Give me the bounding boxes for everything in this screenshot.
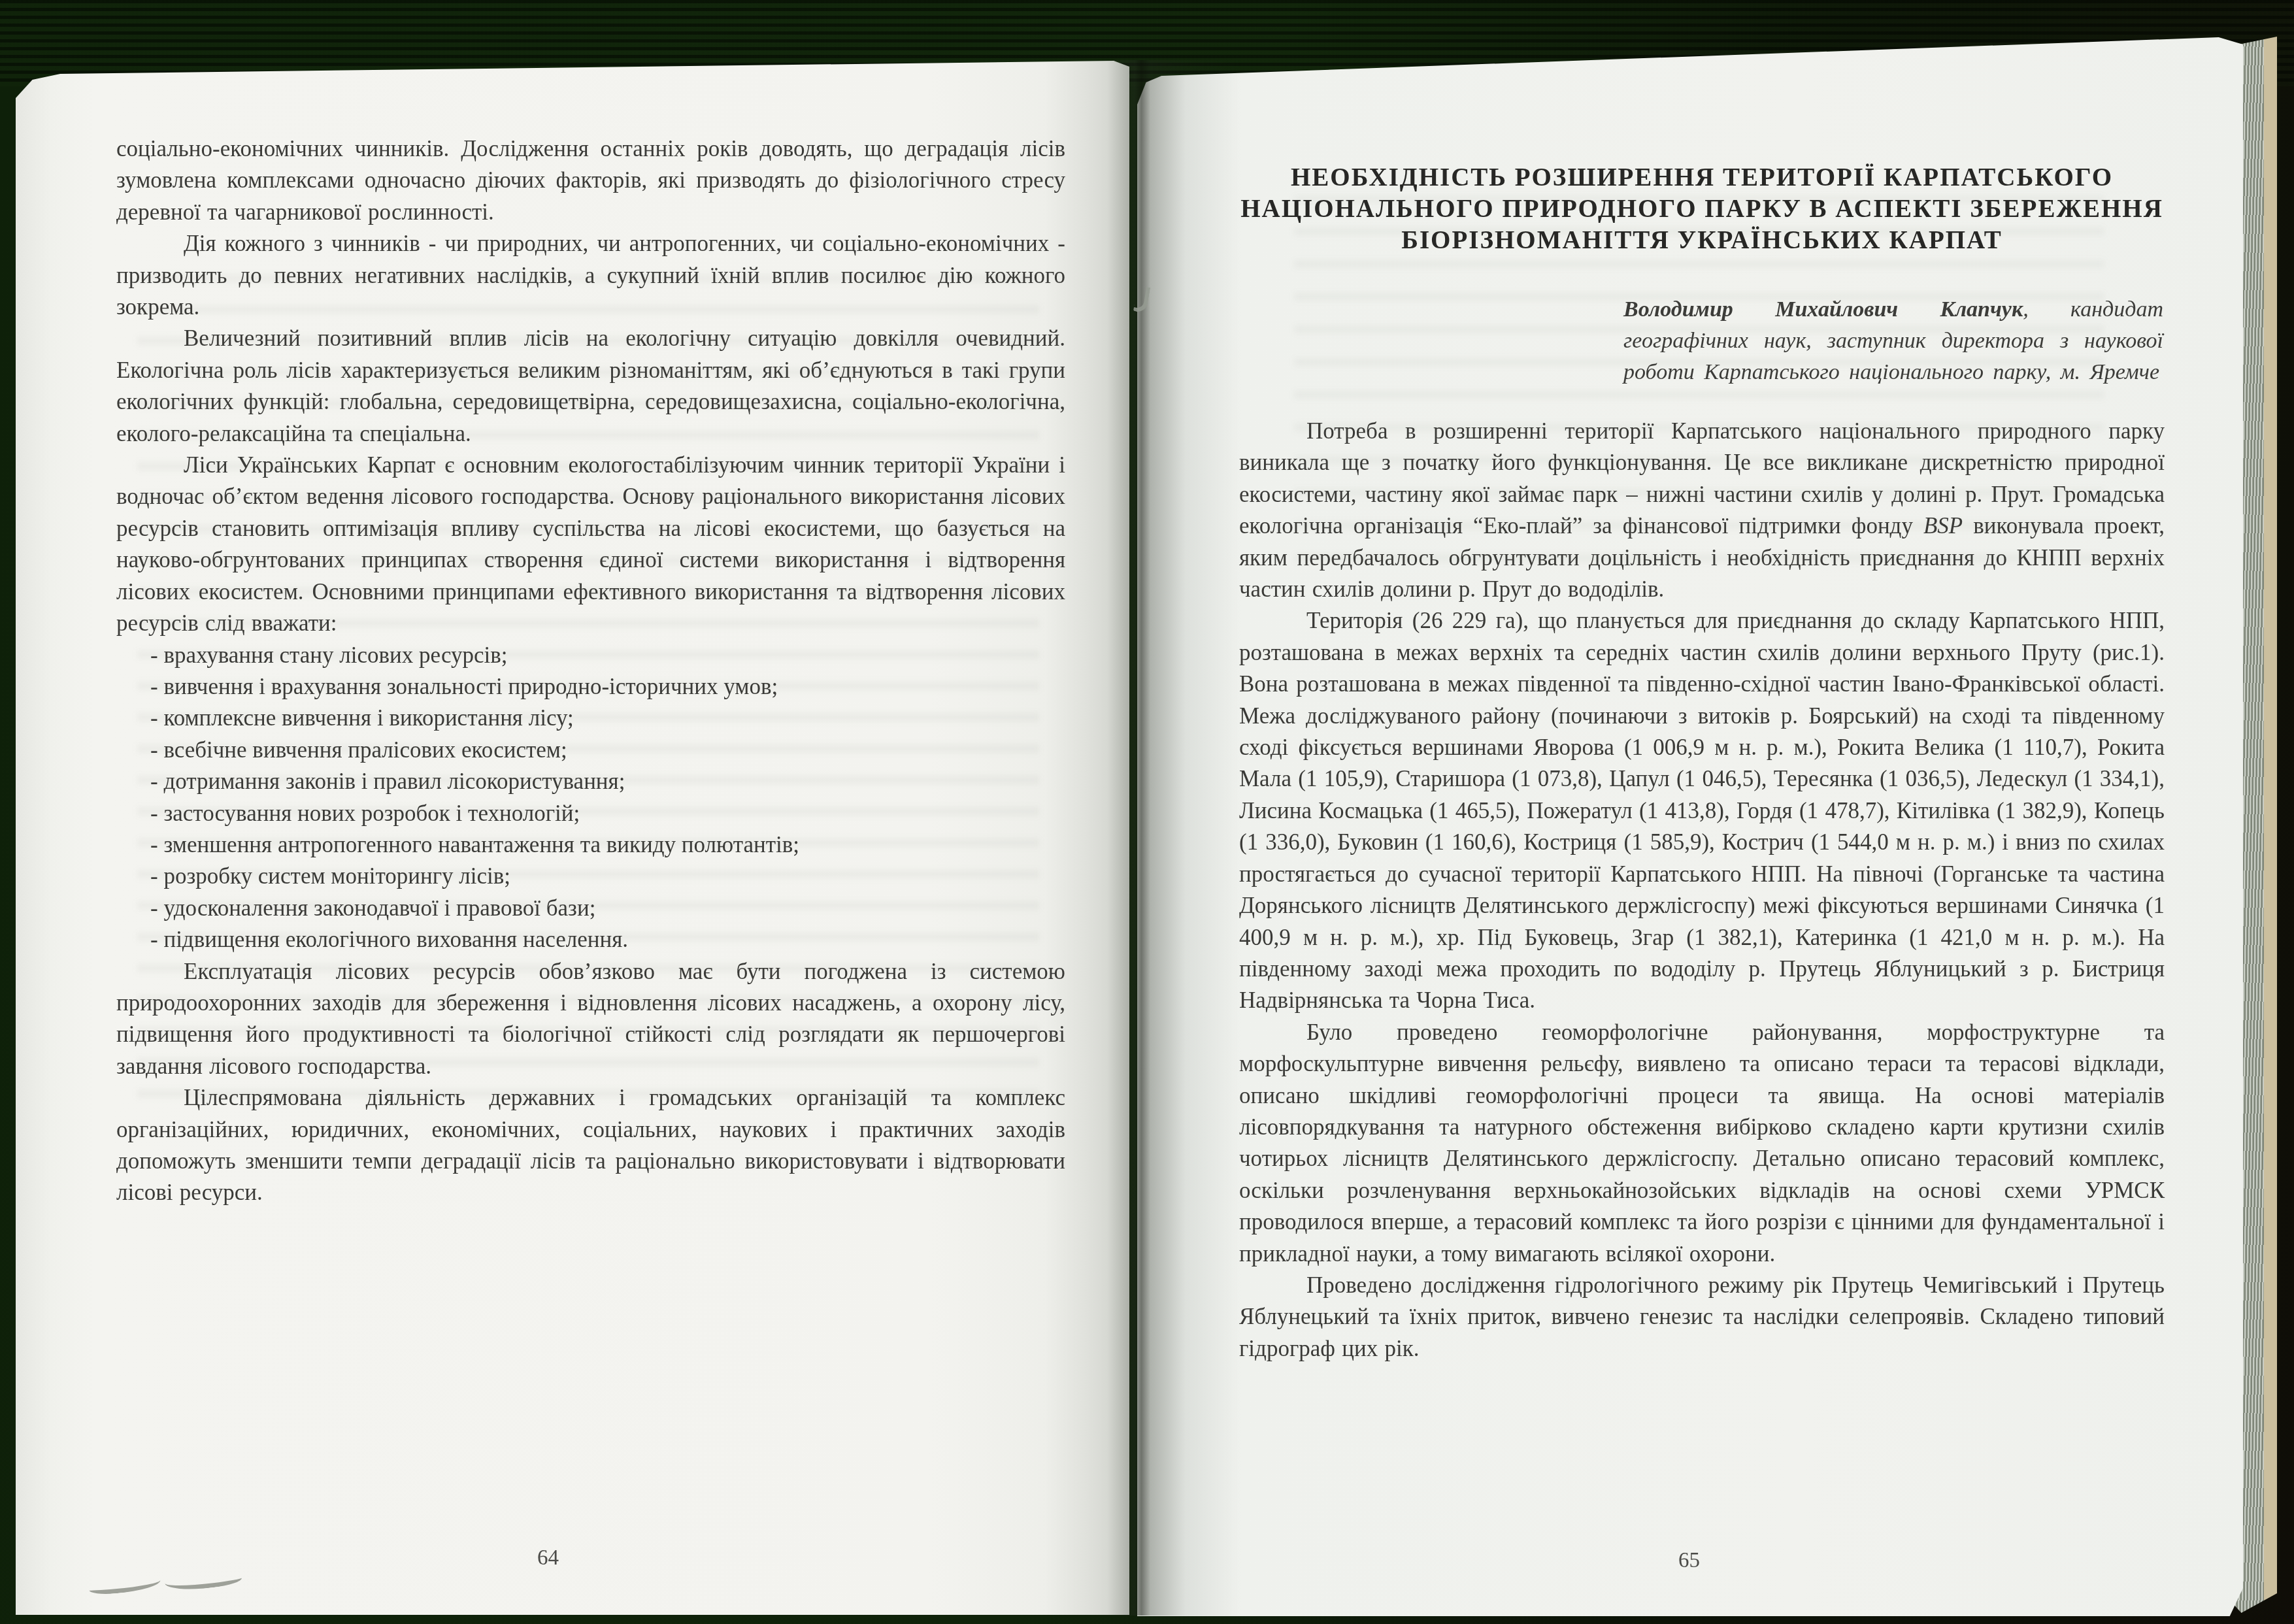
text-segment: соціально-економічних чинників. Дослідже…: [116, 136, 1065, 225]
text-segment: Величезний позитивний вплив лісів на еко…: [116, 325, 1065, 446]
text-segment: Дія кожного з чинників - чи природних, ч…: [116, 231, 1065, 320]
text-segment: - підвищення екологічного виховання насе…: [150, 927, 628, 952]
page-number-left: 64: [537, 1546, 559, 1570]
list-item: - всебічне вивчення пралісових екосистем…: [116, 735, 1065, 766]
article-title-line: БІОРІЗНОМАНІТТЯ УКРАЇНСЬКИХ КАРПАТ: [1239, 225, 2165, 256]
list-item: - підвищення екологічного виховання насе…: [116, 924, 1065, 955]
paragraph: Ліси Українських Карпат є основним еколо…: [116, 450, 1065, 639]
text-segment: - дотримання законів і правил лісокорист…: [150, 769, 625, 794]
text-segment: - вивчення і врахування зональності прир…: [150, 674, 778, 699]
text-segment: BSP: [1923, 513, 1963, 539]
paragraph: Цілеспрямована діяльність державних і гр…: [116, 1082, 1065, 1209]
text-segment: - врахування стану лісових ресурсів;: [150, 642, 508, 668]
text-segment: - комплексне вивчення і використання ліс…: [150, 705, 574, 731]
list-item: - дотримання законів і правил лісокорист…: [116, 766, 1065, 797]
text-segment: - розробку систем моніторингу лісів;: [150, 863, 510, 889]
article-title: НЕОБХІДНІСТЬ РОЗШИРЕННЯ ТЕРИТОРІЇ КАРПАТ…: [1239, 162, 2165, 256]
article-title-line: НАЦІОНАЛЬНОГО ПРИРОДНОГО ПАРКУ В АСПЕКТІ…: [1239, 193, 2165, 225]
list-item: - застосування нових розробок і технолог…: [116, 798, 1065, 829]
text-segment: - всебічне вивчення пралісових екосистем…: [150, 737, 567, 763]
text-segment: - удосконалення законодавчої і правової …: [150, 895, 595, 921]
paragraph: Проведено дослідження гідрологічного реж…: [1239, 1270, 2165, 1365]
left-page-text-column: соціально-економічних чинників. Дослідже…: [116, 133, 1065, 1209]
text-segment: Володимир Михайлович Клапчук: [1623, 297, 2023, 322]
paragraph: Величезний позитивний вплив лісів на еко…: [116, 323, 1065, 450]
paragraph: Було проведено геоморфологічне районуван…: [1239, 1017, 2165, 1270]
list-item: - зменшення антропогенного навантаження …: [116, 829, 1065, 861]
paragraph: Територія (26 229 га), що планується для…: [1239, 605, 2165, 1016]
text-segment: Було проведено геоморфологічне районуван…: [1239, 1019, 2165, 1267]
article-title-line: НЕОБХІДНІСТЬ РОЗШИРЕННЯ ТЕРИТОРІЇ КАРПАТ…: [1239, 162, 2165, 193]
page-number-right: 65: [1678, 1549, 1700, 1573]
right-page-text-column: НЕОБХІДНІСТЬ РОЗШИРЕННЯ ТЕРИТОРІЇ КАРПАТ…: [1239, 162, 2165, 1365]
list-item: - комплексне вивчення і використання ліс…: [116, 703, 1065, 734]
paragraph: Потреба в розширенні території Карпатськ…: [1239, 416, 2165, 605]
list-item: - удосконалення законодавчої і правової …: [116, 893, 1065, 924]
right-page-paragraphs: Потреба в розширенні території Карпатськ…: [1239, 416, 2165, 1365]
text-segment: - застосування нових розробок і технолог…: [150, 801, 580, 826]
list-item: - розробку систем моніторингу лісів;: [116, 861, 1065, 892]
paragraph: соціально-економічних чинників. Дослідже…: [116, 133, 1065, 228]
list-item: - вивчення і врахування зональності прир…: [116, 671, 1065, 703]
text-segment: Проведено дослідження гідрологічного реж…: [1239, 1272, 2165, 1361]
text-segment: Територія (26 229 га), що планується для…: [1239, 608, 2165, 1013]
text-segment: Цілеспрямована діяльність державних і гр…: [116, 1085, 1065, 1205]
text-segment: - зменшення антропогенного навантаження …: [150, 832, 799, 857]
text-segment: Експлуатація лісових ресурсів обов’язков…: [116, 959, 1065, 1079]
list-item: - врахування стану лісових ресурсів;: [116, 640, 1065, 671]
left-page-paragraphs: соціально-економічних чинників. Дослідже…: [116, 133, 1065, 1209]
paragraph: Експлуатація лісових ресурсів обов’язков…: [116, 956, 1065, 1083]
text-segment: Ліси Українських Карпат є основним еколо…: [116, 452, 1065, 636]
book-scan: соціально-економічних чинників. Дослідже…: [0, 0, 2294, 1624]
author-block: Володимир Михайлович Клапчук, кандидат г…: [1623, 294, 2163, 388]
paragraph: Дія кожного з чинників - чи природних, ч…: [116, 228, 1065, 323]
